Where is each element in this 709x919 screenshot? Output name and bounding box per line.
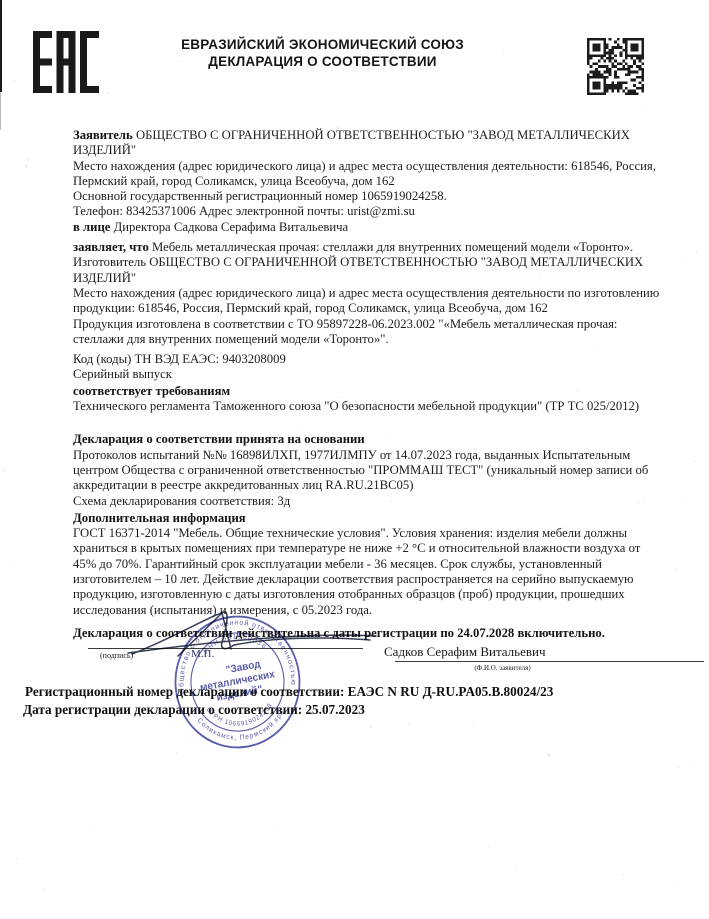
text-segment: Дополнительная информация (73, 511, 246, 525)
text-segment: Место нахождения (адрес юридического лиц… (73, 159, 656, 173)
text-segment: Мебель металлическая прочая: стеллажи дл… (149, 240, 633, 254)
document-body: Заявитель ОБЩЕСТВО С ОГРАНИЧЕННОЙ ОТВЕТС… (73, 128, 673, 641)
document-title: ЕВРАЗИЙСКИЙ ЭКОНОМИЧЕСКИЙ СОЮЗ ДЕКЛАРАЦИ… (150, 36, 495, 70)
text-line: изготовителем – 10 лет. Действие деклара… (73, 572, 673, 587)
eac-logo-icon (33, 31, 99, 93)
scan-noise-speck (10, 563, 11, 564)
scan-noise-speck (488, 847, 489, 848)
text-line: Декларация о соответствии принята на осн… (73, 432, 673, 447)
scan-noise-speck (442, 306, 443, 307)
registration-date-line: Дата регистрации декларации о соответств… (23, 702, 365, 718)
scan-noise-speck (635, 253, 636, 254)
text-segment: Телефон: 83425371006 Адрес электронной п… (73, 204, 415, 218)
requirements-block: соответствует требованиямТехнического ре… (73, 384, 673, 415)
text-line: Заявитель ОБЩЕСТВО С ОГРАНИЧЕННОЙ ОТВЕТС… (73, 128, 673, 143)
scan-noise-speck (14, 80, 15, 81)
text-line: Код (коды) ТН ВЭД ЕАЭС: 9403208009 (73, 352, 673, 367)
text-line: аккредитации в реестре аккредитованных л… (73, 478, 673, 493)
scan-noise-speck (277, 191, 278, 192)
text-segment: центром Общества с ограниченной ответств… (73, 463, 648, 477)
scan-noise-speck (563, 568, 564, 569)
text-line: заявляет, что Мебель металлическая проча… (73, 240, 673, 255)
applicant-block: Заявитель ОБЩЕСТВО С ОГРАНИЧЕННОЙ ОТВЕТС… (73, 128, 673, 235)
scan-noise-speck (107, 92, 109, 94)
text-line: Изготовитель ОБЩЕСТВО С ОГРАНИЧЕННОЙ ОТВ… (73, 255, 673, 270)
scan-noise-speck (204, 479, 205, 480)
qr-code-icon (587, 38, 644, 95)
declaration-document-page: ЕВРАЗИЙСКИЙ ЭКОНОМИЧЕСКИЙ СОЮЗ ДЕКЛАРАЦИ… (0, 0, 709, 919)
text-line: Протоколов испытаний №№ 16898ИЛХП, 1977И… (73, 448, 673, 463)
signature-ink (118, 596, 408, 676)
scan-noise-speck (548, 754, 550, 756)
text-segment: Продукция изготовлена в соответствии с Т… (73, 317, 617, 331)
text-line: в лице Директора Садкова Серафима Виталь… (73, 220, 673, 235)
scan-noise-speck (176, 752, 177, 753)
scan-noise-speck (25, 165, 27, 167)
scan-noise-speck (408, 724, 409, 725)
scan-noise-speck (388, 434, 389, 435)
text-segment: ИЗДЕЛИЙ" (73, 143, 136, 157)
title-line-1: ЕВРАЗИЙСКИЙ ЭКОНОМИЧЕСКИЙ СОЮЗ (150, 36, 495, 53)
text-segment: Основной государственный регистрационный… (73, 189, 447, 203)
title-line-2: ДЕКЛАРАЦИЯ О СООТВЕТСТВИИ (150, 53, 495, 70)
text-line: храниться в крытых помещениях при темпер… (73, 541, 673, 556)
scan-noise-speck (189, 536, 191, 538)
text-line: ИЗДЕЛИЙ" (73, 271, 673, 286)
text-segment: Пермский край, город Соликамск, улица Вс… (73, 174, 395, 188)
scan-noise-speck (685, 257, 686, 258)
scan-noise-speck (391, 501, 392, 502)
text-line: Технического регламента Таможенного союз… (73, 399, 673, 414)
fio-caption: (Ф.И.О. заявителя) (430, 664, 575, 672)
text-line: Место нахождения (адрес юридического лиц… (73, 286, 673, 301)
text-segment: ИЗДЕЛИЙ" (73, 271, 136, 285)
basis-block: Декларация о соответствии принята на осн… (73, 432, 673, 508)
registration-number-line: Регистрационный номер декларации о соотв… (25, 684, 553, 700)
scan-noise-speck (337, 397, 338, 398)
applicant-name: Садков Серафим Витальевич (384, 644, 546, 660)
text-segment: 45% до 70%. Гарантийный срок эксплуатаци… (73, 557, 602, 571)
scan-noise-speck (613, 894, 614, 895)
scan-noise-speck (252, 720, 253, 721)
scan-noise-speck (695, 461, 696, 462)
text-segment: Серийный выпуск (73, 367, 172, 381)
text-segment: изготовителем – 10 лет. Действие деклара… (73, 572, 634, 586)
scan-noise-speck (362, 179, 363, 180)
scan-noise-speck (16, 858, 17, 859)
scan-noise-speck (175, 399, 176, 400)
text-segment: продукции: 618546, Россия, Пермский край… (73, 301, 548, 315)
scan-noise-speck (614, 173, 615, 174)
scan-noise-speck (526, 95, 527, 96)
text-line: Дополнительная информация (73, 511, 673, 526)
text-line: ИЗДЕЛИЙ" (73, 143, 673, 158)
text-line: Основной государственный регистрационный… (73, 189, 673, 204)
scan-noise-speck (478, 666, 479, 667)
text-segment: Схема декларирования соответствия: 3д (73, 494, 290, 508)
scan-noise-speck (3, 469, 5, 471)
scan-noise-speck (696, 252, 697, 253)
scan-noise-speck (384, 687, 385, 688)
scan-noise-speck (639, 503, 640, 504)
scan-noise-speck (93, 830, 94, 831)
scan-noise-speck (274, 828, 275, 829)
tnved-line: Код (коды) ТН ВЭД ЕАЭС: 9403208009 (73, 352, 673, 367)
text-line: стеллажи для внутренних помещений модели… (73, 332, 673, 347)
text-line: Продукция изготовлена в соответствии с Т… (73, 317, 673, 332)
text-segment: Код (коды) ТН ВЭД ЕАЭС: 9403208009 (73, 352, 286, 366)
scan-noise-speck (2, 157, 3, 158)
serial-line: Серийный выпуск (73, 367, 673, 382)
scan-noise-speck (515, 599, 517, 601)
text-segment: ГОСТ 16371-2014 "Мебель. Общие техническ… (73, 526, 627, 540)
text-segment: Заявитель (73, 128, 133, 142)
scan-noise-speck (682, 501, 683, 502)
scan-noise-speck (643, 106, 644, 107)
text-segment: в лице (73, 220, 110, 234)
scan-noise-speck (337, 127, 339, 129)
scan-noise-speck (676, 568, 677, 569)
text-segment: Технического регламента Таможенного союз… (73, 399, 639, 413)
scan-noise-speck (375, 266, 376, 267)
scan-noise-speck (283, 454, 284, 455)
text-segment: соответствует требованиям (73, 384, 230, 398)
scan-noise-speck (298, 426, 299, 427)
scan-noise-speck (370, 726, 372, 728)
scan-noise-speck (483, 247, 484, 248)
product-block: заявляет, что Мебель металлическая проча… (73, 240, 673, 347)
fio-line (395, 661, 704, 662)
scan-noise-speck (435, 540, 436, 541)
scan-noise-speck (690, 765, 691, 766)
scan-noise-speck (499, 691, 500, 692)
text-line: 45% до 70%. Гарантийный срок эксплуатаци… (73, 557, 673, 572)
scan-noise-speck (386, 284, 387, 285)
text-segment: заявляет, что (73, 240, 149, 254)
text-segment: храниться в крытых помещениях при темпер… (73, 541, 640, 555)
scan-edge-artifact (0, 92, 1, 130)
text-line: Телефон: 83425371006 Адрес электронной п… (73, 204, 673, 219)
scan-noise-speck (503, 52, 504, 53)
scan-noise-speck (113, 630, 114, 631)
text-segment: Место нахождения (адрес юридического лиц… (73, 286, 659, 300)
text-segment: ОБЩЕСТВО С ОГРАНИЧЕННОЙ ОТВЕТСТВЕННОСТЬЮ… (133, 128, 630, 142)
scan-noise-speck (57, 77, 59, 79)
text-segment: Протоколов испытаний №№ 16898ИЛХП, 1977И… (73, 448, 630, 462)
text-segment: стеллажи для внутренних помещений модели… (73, 332, 389, 346)
scan-noise-speck (510, 234, 511, 235)
scan-noise-speck (576, 391, 577, 392)
scan-noise-speck (252, 434, 253, 435)
text-line: ГОСТ 16371-2014 "Мебель. Общие техническ… (73, 526, 673, 541)
scan-noise-speck (515, 869, 516, 870)
scan-noise-speck (27, 159, 29, 161)
text-line: Место нахождения (адрес юридического лиц… (73, 159, 673, 174)
text-line: центром Общества с ограниченной ответств… (73, 463, 673, 478)
scan-noise-speck (300, 324, 301, 325)
scan-noise-speck (473, 724, 475, 726)
scan-noise-speck (181, 61, 182, 62)
text-segment: Изготовитель ОБЩЕСТВО С ОГРАНИЧЕННОЙ ОТВ… (73, 255, 643, 269)
text-segment: Декларация о соответствии принята на осн… (73, 432, 365, 446)
scan-noise-speck (43, 888, 44, 889)
scan-noise-speck (203, 498, 204, 499)
text-segment: Директора Садкова Серафима Витальевича (110, 220, 348, 234)
text-line: соответствует требованиям (73, 384, 673, 399)
scan-noise-speck (644, 498, 645, 499)
scan-noise-speck (374, 269, 375, 270)
scan-noise-speck (678, 766, 680, 768)
scan-noise-speck (283, 424, 284, 425)
text-line: Серийный выпуск (73, 367, 673, 382)
scan-noise-speck (599, 349, 600, 350)
text-segment: аккредитации в реестре аккредитованных л… (73, 478, 413, 492)
scan-edge-artifact (0, 0, 2, 92)
scan-noise-speck (674, 880, 675, 881)
text-line: продукции: 618546, Россия, Пермский край… (73, 301, 673, 316)
text-line: Схема декларирования соответствия: 3д (73, 494, 673, 509)
scan-noise-speck (623, 874, 624, 875)
text-line: Пермский край, город Соликамск, улица Вс… (73, 174, 673, 189)
scan-noise-speck (481, 300, 482, 301)
scan-noise-speck (540, 275, 541, 276)
